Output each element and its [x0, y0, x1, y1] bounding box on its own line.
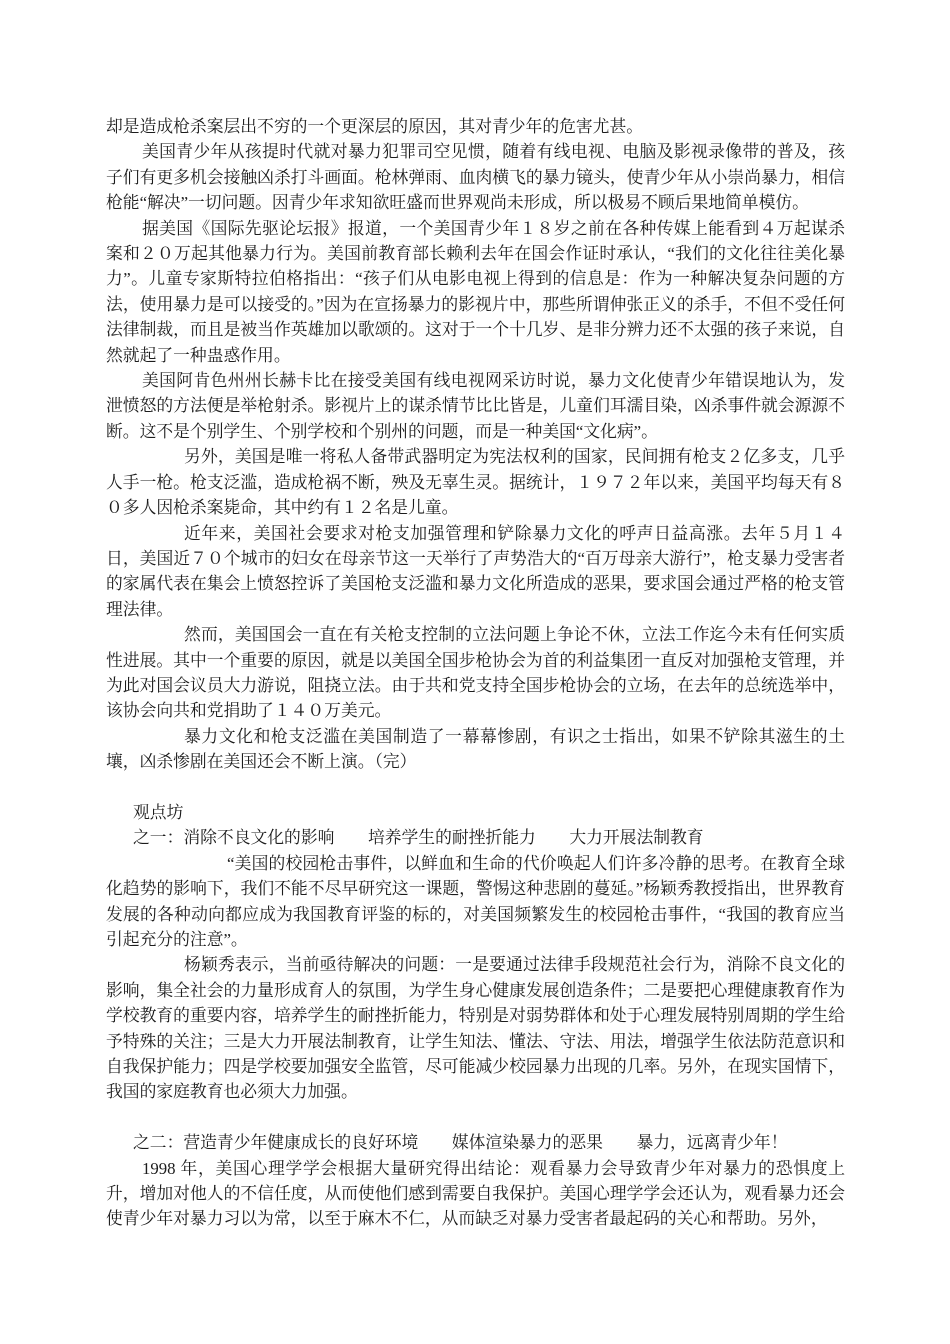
- paragraph: 之二：营造青少年健康成长的良好环境 媒体渲染暴力的恶果 暴力，远离青少年！: [106, 1130, 845, 1155]
- paragraph: “美国的校园枪击事件，以鲜血和生命的代价唤起人们许多冷静的思考。在教育全球化趋势…: [106, 851, 845, 953]
- paragraph: 然而，美国国会一直在有关枪支控制的立法问题上争论不休，立法工作迄今未有任何实质性…: [106, 622, 845, 724]
- paragraph: 观点坊: [106, 800, 845, 825]
- paragraph: 1998 年，美国心理学学会根据大量研究得出结论：观看暴力会导致青少年对暴力的恐…: [106, 1156, 845, 1232]
- paragraph: 据美国《国际先驱论坛报》报道，一个美国青少年１８岁之前在各种传媒上能看到４万起谋…: [106, 216, 845, 368]
- paragraph: 却是造成枪杀案层出不穷的一个更深层的原因，其对青少年的危害尤甚。: [106, 114, 845, 139]
- paragraph: 杨颖秀表示，当前亟待解决的问题：一是要通过法律手段规范社会行为，消除不良文化的影…: [106, 952, 845, 1104]
- paragraph: 美国阿肯色州州长赫卡比在接受美国有线电视网采访时说，暴力文化使青少年错误地认为，…: [106, 368, 845, 444]
- paragraph: 之一：消除不良文化的影响 培养学生的耐挫折能力 大力开展法制教育: [106, 825, 845, 850]
- paragraph: 美国青少年从孩提时代就对暴力犯罪司空见惯，随着有线电视、电脑及影视录像带的普及，…: [106, 139, 845, 215]
- document-page: 却是造成枪杀案层出不穷的一个更深层的原因，其对青少年的危害尤甚。美国青少年从孩提…: [0, 0, 950, 1344]
- paragraph: 另外，美国是唯一将私人备带武器明定为宪法权利的国家，民间拥有枪支２亿多支，几乎人…: [106, 444, 845, 520]
- paragraph: 暴力文化和枪支泛滥在美国制造了一幕幕惨剧，有识之士指出，如果不铲除其滋生的土壤，…: [106, 724, 845, 775]
- document-body: 却是造成枪杀案层出不穷的一个更深层的原因，其对青少年的危害尤甚。美国青少年从孩提…: [106, 114, 845, 1232]
- paragraph: 近年来，美国社会要求对枪支加强管理和铲除暴力文化的呼声日益高涨。去年５月１４日，…: [106, 521, 845, 623]
